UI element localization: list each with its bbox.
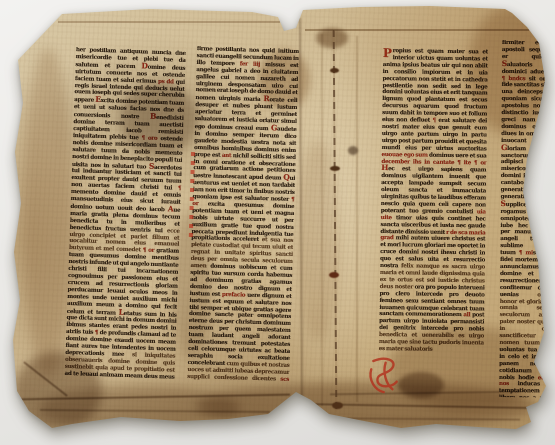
script-segment-cap2: P xyxy=(383,48,393,59)
script-segment-red: prefacio xyxy=(222,292,247,299)
text-column-left-outer: her postillam antiquum nuncia dne miseri… xyxy=(64,47,185,381)
script-segment-red: grad xyxy=(380,235,395,241)
wrinkle-line xyxy=(20,394,290,401)
stitch-thread xyxy=(333,30,338,412)
text-column-right-inner: Propius est quam mater sua et interior u… xyxy=(378,48,488,395)
fold-crease xyxy=(299,18,304,414)
script-segment-ink: memento domine dauid et omnis mansuetudi… xyxy=(70,189,181,213)
script-segment-ink: loriam sanctorum meritis adipisci xyxy=(501,146,555,166)
stitch-knot xyxy=(330,166,340,171)
crease-line xyxy=(356,36,358,402)
script-segment-ink: quoniam sicut ait apostolus non est dist… xyxy=(501,96,555,144)
rubric-flourish xyxy=(364,354,404,398)
script-segment-red: ¶ or xyxy=(143,248,157,254)
parchment-shadow: her postillam antiquum nuncia dne miseri… xyxy=(0,0,555,445)
script-segment-red: december ihs in cantate xyxy=(381,158,457,165)
stain xyxy=(40,386,240,430)
script-segment-red: ps dd xyxy=(158,79,176,86)
wrinkle-line xyxy=(23,361,68,396)
script-segment-faded: omnis honor et gloria per omnia secula s… xyxy=(499,292,554,346)
script-segment-red: ego sum xyxy=(404,152,429,158)
stitch-knot xyxy=(329,272,339,278)
wrinkle-line xyxy=(340,417,520,420)
stitch-knot xyxy=(332,402,343,409)
manuscript-photo: her postillam antiquum nuncia dne miseri… xyxy=(0,0,555,445)
script-segment-faded: benedicta et uenerabilis es uirgo maria … xyxy=(379,332,484,353)
crease-line xyxy=(305,29,529,31)
script-segment-red: ¶ mi xyxy=(519,250,533,256)
script-segment-red: fer iiij xyxy=(240,61,266,68)
ink-blot xyxy=(348,146,358,155)
wrinkle-line xyxy=(40,409,270,413)
script-segment-ink: aluatoris nati dominici aduentus xyxy=(502,62,555,75)
script-segment-red: ¶ ite ¶ or xyxy=(457,160,486,166)
stain xyxy=(196,382,536,430)
script-segment-ink: misericordias domini in eternum cantabo … xyxy=(501,166,555,200)
script-segment-ink: upplices te rogamus omnipotens deus iube… xyxy=(500,202,555,256)
script-segment-ink: firmiter et in apostoli sequentia er qui… xyxy=(502,40,555,60)
parchment-bifolium: her postillam antiquum nuncia dne miseri… xyxy=(0,0,555,445)
script-segment-red: ¶ bndcs xyxy=(502,76,529,82)
text-column-right-outer: firmiter et in apostoli sequentia er qui… xyxy=(499,40,555,397)
script-segment-ink: gratiam tuam quesumus domine mentibus no… xyxy=(67,248,179,294)
script-segment-red: ant xyxy=(222,152,233,158)
script-segment-red: all xyxy=(463,313,472,319)
script-segment-ink: sterium fidei mortem tuam annunciamus do… xyxy=(500,250,555,297)
crease-line xyxy=(58,21,280,23)
script-segment-red: ¶ xyxy=(178,186,181,192)
stitch-knot xyxy=(330,68,339,73)
script-segment-red: ors xyxy=(548,90,555,96)
script-segment-ink: dominus uere et sua xyxy=(429,152,487,159)
text-column-left-inner: firme postillanta nos quid initium sanct… xyxy=(187,46,299,383)
script-segment-ink: fiat uoluntas tua sicut in celo et in te… xyxy=(499,340,554,380)
crease-line xyxy=(321,34,323,406)
script-segment-red: ¶ oro xyxy=(141,135,160,142)
script-segment-red: ao xpi xyxy=(532,160,555,166)
script-segment-ink: uere dignum et iustum est equum et salut… xyxy=(188,292,292,348)
script-segment-red: euouae xyxy=(381,152,403,158)
